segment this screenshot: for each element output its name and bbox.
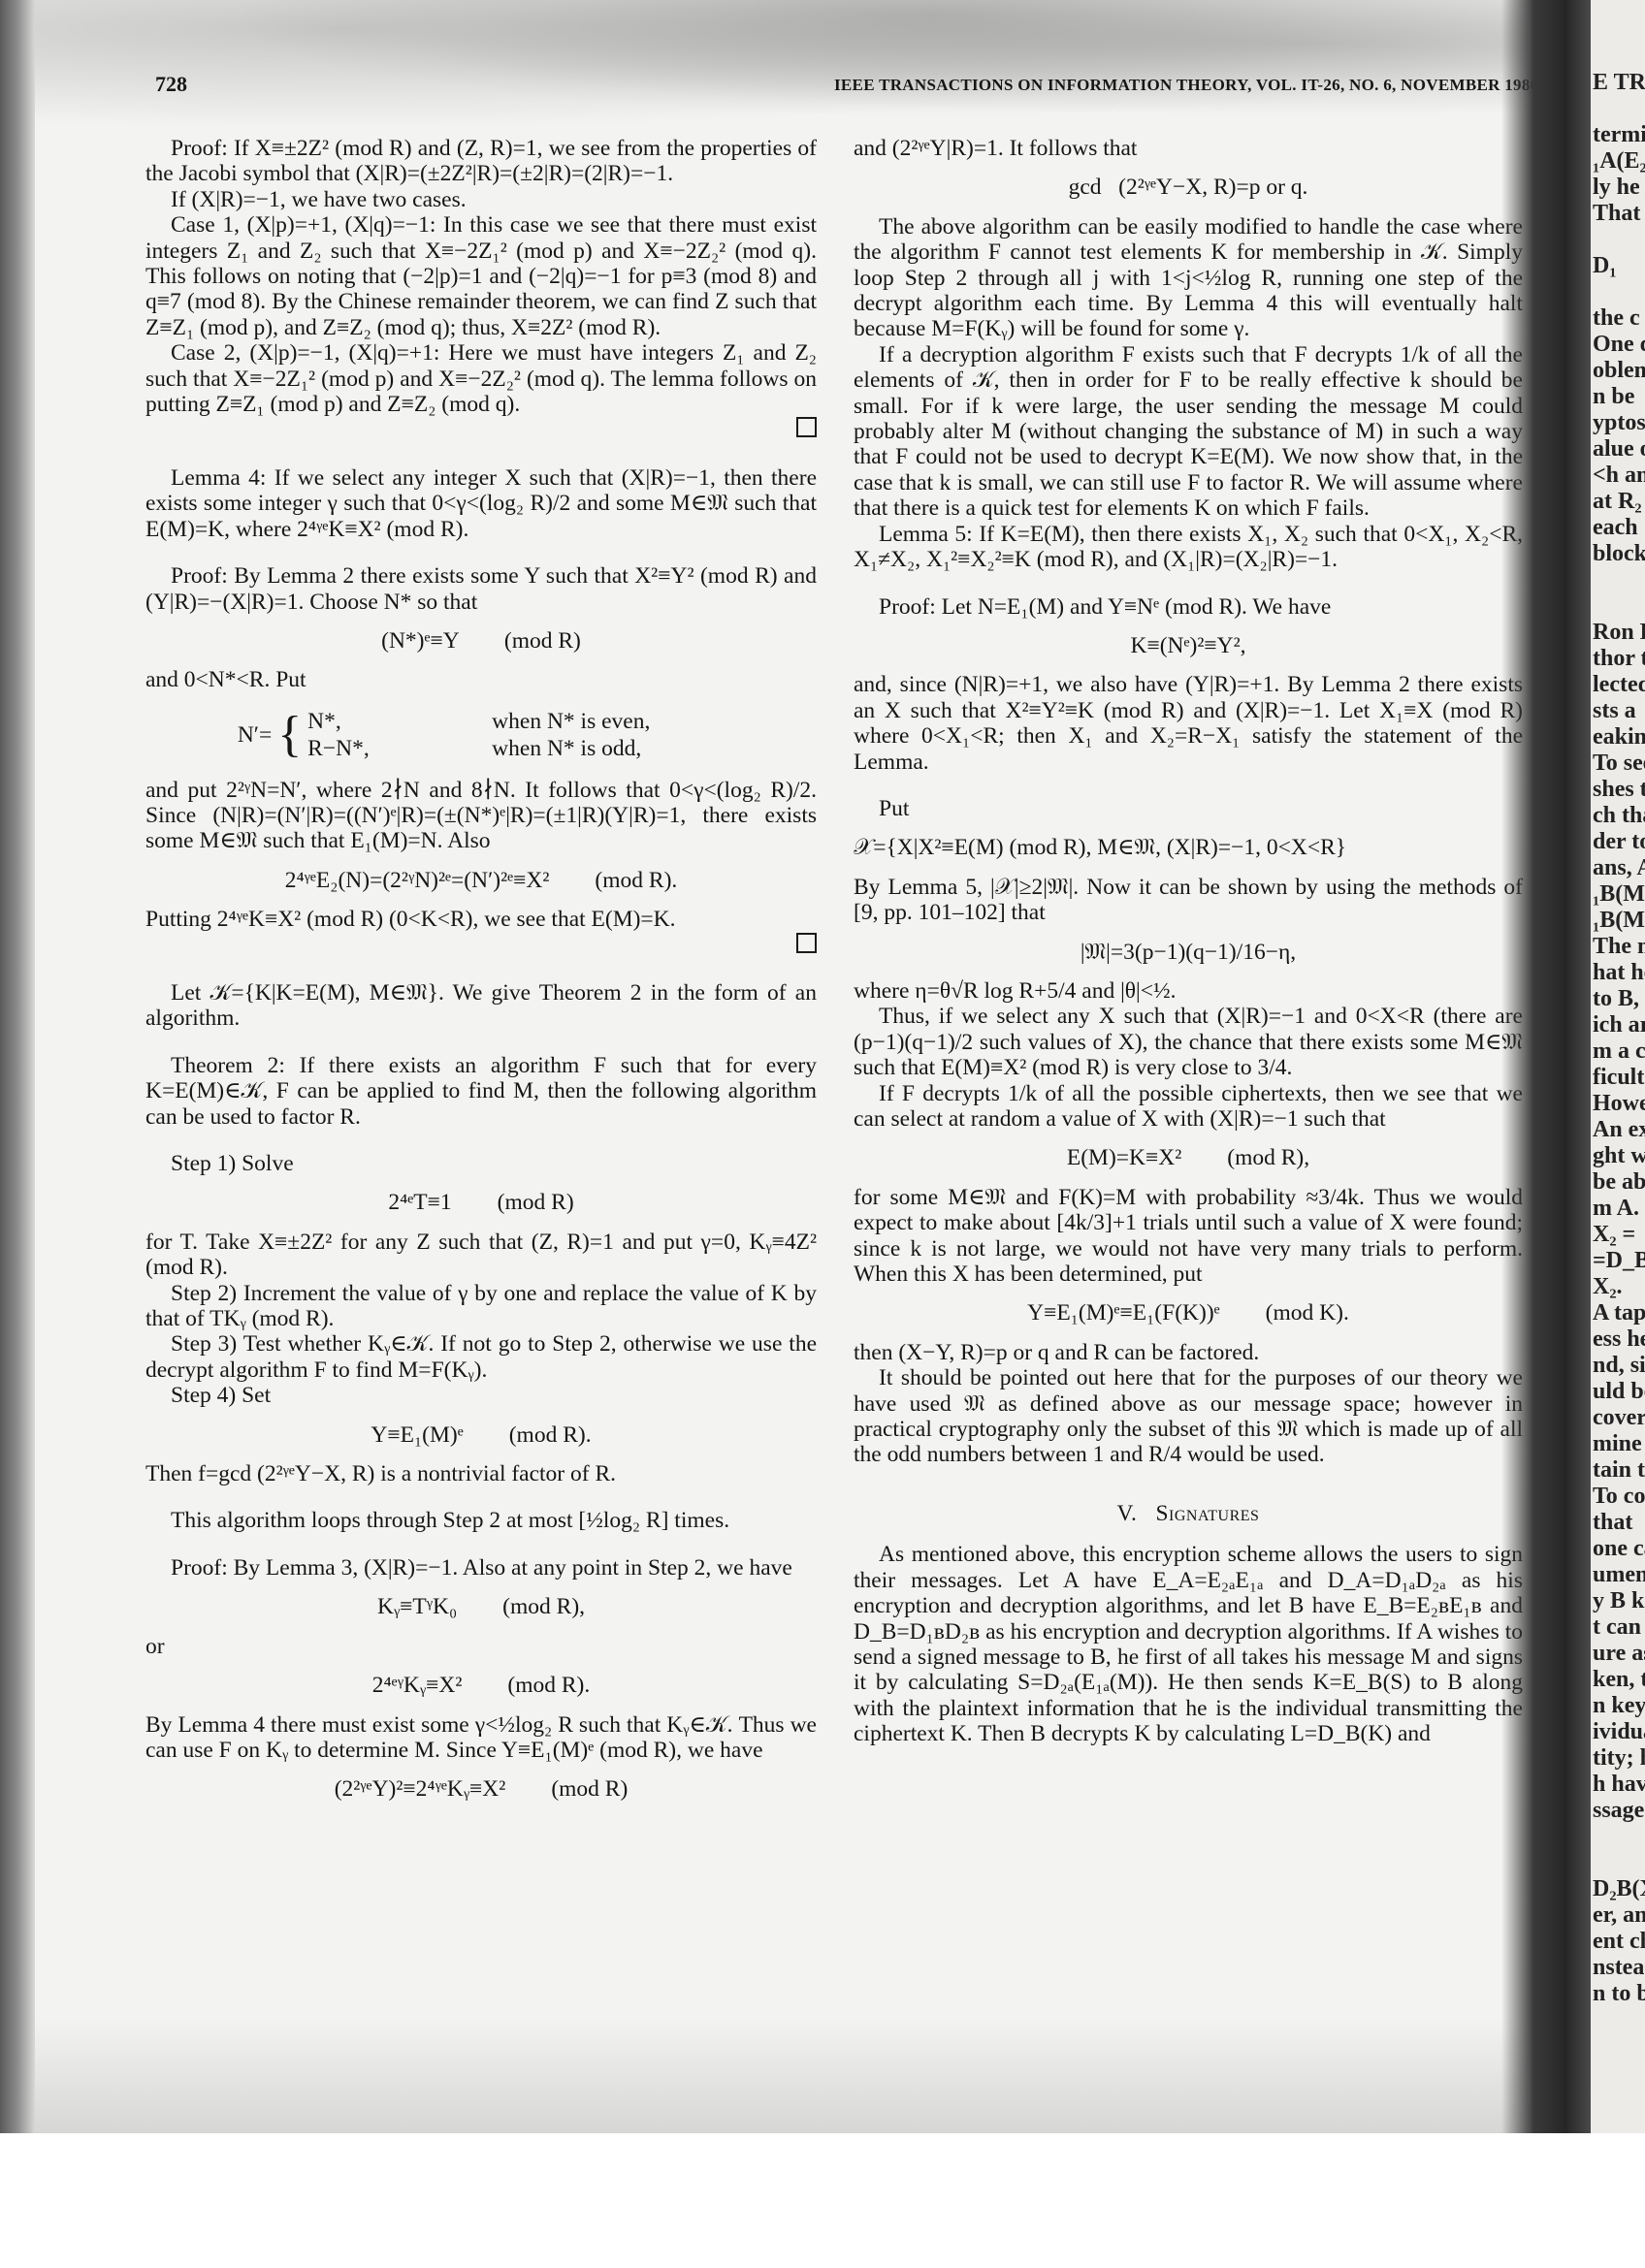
equation: Y≡E₁(M)ᵉ≡E₁(F(K))ᵉ (mod K). <box>854 1300 1523 1326</box>
adjacent-page-fragment: m A. H <box>1593 1196 1645 1222</box>
equation: 2⁴ᵉᵞKᵧ≡X² (mod R). <box>145 1673 817 1698</box>
paragraph: where η=θ√R log R+5/4 and |θ|<½. <box>854 978 1523 1004</box>
adjacent-page-fragment: ken, th <box>1593 1667 1645 1693</box>
equation: gcd (2²ᵞᵉY−X, R)=p or q. <box>854 175 1523 200</box>
paragraph: The above algorithm can be easily modifi… <box>854 214 1523 342</box>
adjacent-page-fragment <box>1593 1824 1645 1850</box>
adjacent-page-fragment: h have <box>1593 1772 1645 1798</box>
adjacent-page-fragment: The ma <box>1593 934 1645 960</box>
adjacent-page-fragment <box>1593 567 1645 593</box>
equation: E(M)=K≡X² (mod R), <box>854 1145 1523 1170</box>
equation: (2²ᵞᵉY)²≡2⁴ᵞᵉKᵧ≡X² (mod R) <box>145 1776 817 1802</box>
proof-lemma5: Proof: Let N=E₁(M) and Y≡Nᵉ (mod R). We … <box>854 594 1523 620</box>
section-number: V. <box>1117 1501 1138 1526</box>
adjacent-page-fragment: ₁A(E₂A <box>1593 148 1645 175</box>
scan-left-edge <box>0 0 35 2133</box>
lemma-5: Lemma 5: If K=E(M), then there exists X₁… <box>854 522 1523 573</box>
left-column: Proof: If X≡±2Z² (mod R) and (Z, R)=1, w… <box>145 136 817 1816</box>
adjacent-page-fragment <box>1593 1850 1645 1876</box>
equation: 𝒳={X|X²≡E(M) (mod R), M∈𝔐, (X|R)=−1, 0<X… <box>854 835 1523 860</box>
adjacent-page-fragment: n be <box>1593 384 1645 410</box>
adjacent-page-fragment: ure as <box>1593 1641 1645 1667</box>
paragraph: This algorithm loops through Step 2 at m… <box>145 1508 817 1533</box>
adjacent-page-fragment: X₂. <box>1593 1274 1645 1300</box>
page-header: 728 IEEE TRANSACTIONS ON INFORMATION THE… <box>155 72 1513 101</box>
paragraph: for some M∈𝔐 and F(K)=M with probability… <box>854 1185 1523 1288</box>
adjacent-page-fragment: ess he <box>1593 1326 1645 1353</box>
adjacent-page-fragment: ₁B(M) <box>1593 908 1645 934</box>
adjacent-page-fragment: thor th <box>1593 646 1645 672</box>
equation: 2⁴ᵞᵉE₂(N)=(2²ᵞN)²ᵉ=(N′)²ᵉ≡X² (mod R). <box>145 868 817 893</box>
paragraph: and 0<N*<R. Put <box>145 667 817 692</box>
paragraph: and (2²ᵞᵉY|R)=1. It follows that <box>854 136 1523 161</box>
adjacent-page-fragment: to B, <box>1593 986 1645 1012</box>
paragraph: or <box>145 1634 817 1659</box>
left-brace-icon: { <box>277 710 302 760</box>
piecewise-lhs: N′= <box>238 722 272 748</box>
adjacent-page-fragment: Ron R <box>1593 620 1645 646</box>
adjacent-page-fragment: the c <box>1593 305 1645 332</box>
adjacent-page-fragment: D₂B(X <box>1593 1876 1645 1902</box>
adjacent-page-fragment: ent chan <box>1593 1929 1645 1955</box>
adjacent-page-fragment: E TRA <box>1593 70 1645 96</box>
paragraph: and put 2²ᵞN=N′, where 2∤N and 8∤N. It f… <box>145 778 817 854</box>
case-2: Case 2, (X|p)=−1, (X|q)=+1: Here we must… <box>145 340 817 417</box>
adjacent-page-fragment: n keys <box>1593 1693 1645 1719</box>
paragraph: If F decrypts 1/k of all the possible ci… <box>854 1081 1523 1133</box>
adjacent-page-fragment: That t <box>1593 201 1645 227</box>
step-1: Step 1) Solve <box>145 1151 817 1176</box>
qed-box <box>145 933 817 959</box>
adjacent-page-strip: E TRA termin₁A(E₂Aly heThat t D₁ the cOn… <box>1591 0 1645 2133</box>
step-3: Step 3) Test whether Kᵧ∈𝒦. If not go to … <box>145 1331 817 1383</box>
adjacent-page-fragment: An ex <box>1593 1117 1645 1143</box>
adjacent-page-fragment: termin <box>1593 122 1645 148</box>
paragraph: It should be pointed out here that for t… <box>854 1365 1523 1468</box>
adjacent-page-fragment: A tappe <box>1593 1300 1645 1326</box>
proof-theorem2: Proof: By Lemma 3, (X|R)=−1. Also at any… <box>145 1555 817 1581</box>
lemma-4: Lemma 4: If we select any integer X such… <box>145 465 817 542</box>
proof-lemma4: Proof: By Lemma 2 there exists some Y su… <box>145 563 817 615</box>
adjacent-page-fragment: y B kno <box>1593 1588 1645 1614</box>
paragraph: By Lemma 5, |𝒳|≥2|𝔐|. Now it can be show… <box>854 875 1523 926</box>
section-heading: V. Signatures <box>854 1501 1523 1526</box>
paragraph: By Lemma 4 there must exist some γ<½log₂… <box>145 1712 817 1764</box>
adjacent-page-fragment: hat he <box>1593 960 1645 986</box>
proof-lemma3: Proof: If X≡±2Z² (mod R) and (Z, R)=1, w… <box>145 136 817 187</box>
step-2: Step 2) Increment the value of γ by one … <box>145 1281 817 1332</box>
adjacent-page-fragment: alue of <box>1593 436 1645 463</box>
adjacent-page-fragment: tain tha <box>1593 1457 1645 1484</box>
paragraph: Let 𝒦={K|K=E(M), M∈𝔐}. We give Theorem 2… <box>145 980 817 1032</box>
adjacent-page-fragment <box>1593 593 1645 620</box>
adjacent-page-fragment: nd, sin <box>1593 1353 1645 1379</box>
adjacent-page-fragment: n to bo <box>1593 1981 1645 2007</box>
adjacent-page-fragment: D₁ <box>1593 253 1645 279</box>
section-title: Signatures <box>1155 1501 1259 1526</box>
adjacent-page-fragment: ssage M <box>1593 1798 1645 1824</box>
adjacent-page-fragment: at R₂ <box>1593 489 1645 515</box>
step-4: Step 4) Set <box>145 1383 817 1408</box>
adjacent-page-fragment: be able <box>1593 1169 1645 1196</box>
adjacent-page-fragment: mine fo <box>1593 1431 1645 1457</box>
equation: |𝔐|=3(p−1)(q−1)/16−η, <box>854 940 1523 965</box>
adjacent-page-fragment: yptosy <box>1593 410 1645 436</box>
adjacent-page-fragment: nstead o <box>1593 1955 1645 1981</box>
case-1: Case 1, (X|p)=+1, (X|q)=−1: In this case… <box>145 212 817 340</box>
theorem-2: Theorem 2: If there exists an algorithm … <box>145 1053 817 1130</box>
adjacent-page-fragment: ficult fo <box>1593 1065 1645 1091</box>
scan-noise-bottom <box>35 2017 1529 2133</box>
adjacent-page-fragment: oblem <box>1593 358 1645 384</box>
adjacent-page-fragment <box>1593 96 1645 122</box>
right-column: and (2²ᵞᵉY|R)=1. It follows that gcd (2²… <box>854 136 1523 1747</box>
equation: K≡(Nᵉ)²≡Y², <box>854 633 1523 658</box>
adjacent-page-fragment: cover b <box>1593 1405 1645 1431</box>
case-value: R−N*, <box>307 736 492 761</box>
adjacent-page-fragment: uments <box>1593 1562 1645 1588</box>
adjacent-page-fragment: eaking <box>1593 724 1645 751</box>
adjacent-page-fragment: =D_B(X <box>1593 1248 1645 1274</box>
equation: Y≡E₁(M)ᵉ (mod R). <box>145 1422 817 1448</box>
adjacent-page-fragment: <h an <box>1593 463 1645 489</box>
adjacent-page-fragment: X₂ = <box>1593 1222 1645 1248</box>
piecewise-definition: N′= { N*, when N* is even, R−N*, when N*… <box>145 709 817 762</box>
page-number: 728 <box>155 72 187 97</box>
adjacent-page-fragment: One d <box>1593 332 1645 358</box>
adjacent-page-fragment: each <box>1593 515 1645 541</box>
case-condition: when N* is odd, <box>492 736 725 761</box>
adjacent-page-fragment: one ca <box>1593 1536 1645 1562</box>
qed-box <box>145 417 817 443</box>
adjacent-page-fragment: that <box>1593 1510 1645 1536</box>
paragraph: If a decryption algorithm F exists such … <box>854 342 1523 522</box>
paragraph: and, since (N|R)=+1, we also have (Y|R)=… <box>854 672 1523 775</box>
adjacent-page-fragment: ch that <box>1593 803 1645 829</box>
adjacent-page-fragment: der to <box>1593 829 1645 855</box>
running-head: IEEE TRANSACTIONS ON INFORMATION THEORY,… <box>834 76 1538 95</box>
case-value: N*, <box>307 709 492 734</box>
equation: (N*)ᵉ≡Y (mod R) <box>145 628 817 654</box>
adjacent-page-fragment: t can <box>1593 1614 1645 1641</box>
adjacent-page-fragment: ich are <box>1593 1012 1645 1038</box>
equation: Kᵧ≡TᵞK₀ (mod R), <box>145 1594 817 1619</box>
adjacent-page-fragment: Howev <box>1593 1091 1645 1117</box>
paragraph: Thus, if we select any X such that (X|R)… <box>854 1004 1523 1080</box>
adjacent-page-fragment: tity; h <box>1593 1745 1645 1772</box>
paragraph: Then f=gcd (2²ᵞᵉY−X, R) is a nontrivial … <box>145 1461 817 1486</box>
adjacent-page-fragment: block a <box>1593 541 1645 567</box>
paragraph: then (X−Y, R)=p or q and R can be factor… <box>854 1340 1523 1365</box>
adjacent-page-fragment <box>1593 227 1645 253</box>
adjacent-page-fragment: uld be <box>1593 1379 1645 1405</box>
paragraph: If (X|R)=−1, we have two cases. <box>145 187 817 212</box>
adjacent-page-fragment: ght war <box>1593 1143 1645 1169</box>
equation: 2⁴ᵉT≡1 (mod R) <box>145 1190 817 1215</box>
paragraph: for T. Take X≡±2Z² for any Z such that (… <box>145 1230 817 1281</box>
adjacent-page-fragment: ly he <box>1593 175 1645 201</box>
adjacent-page-fragment: shes to <box>1593 777 1645 803</box>
adjacent-page-fragment: To see <box>1593 751 1645 777</box>
paragraph: Putting 2⁴ᵞᵉK≡X² (mod R) (0<K<R), we see… <box>145 907 817 932</box>
adjacent-page-fragment: ividual <box>1593 1719 1645 1745</box>
adjacent-page-fragment: To con <box>1593 1484 1645 1510</box>
case-condition: when N* is even, <box>492 709 725 734</box>
adjacent-page-fragment: ₁B(M <box>1593 881 1645 908</box>
paragraph: Put <box>854 796 1523 821</box>
adjacent-page-fragment <box>1593 279 1645 305</box>
adjacent-page-fragment: m a c <box>1593 1038 1645 1065</box>
paragraph: As mentioned above, this encryption sche… <box>854 1542 1523 1746</box>
adjacent-page-fragment: sts a <box>1593 698 1645 724</box>
adjacent-page-fragment: er, and <box>1593 1902 1645 1929</box>
adjacent-page-fragment: lected <box>1593 672 1645 698</box>
adjacent-page-fragment: ans, A <box>1593 855 1645 881</box>
